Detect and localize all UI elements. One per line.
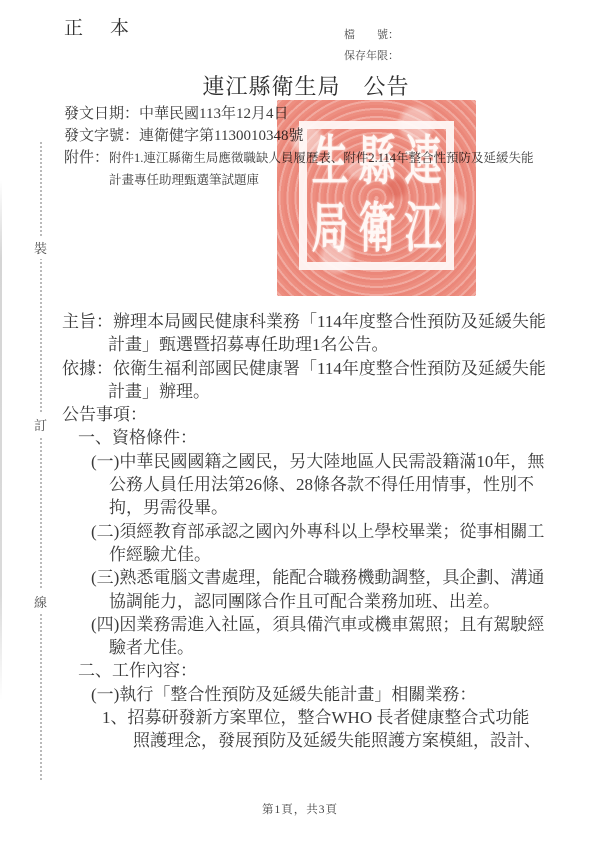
body-text-line: 作經驗尤佳。: [62, 543, 564, 566]
retention-period-label: 保存年限：: [344, 46, 399, 67]
body-text-line: 公告事項：: [62, 403, 564, 426]
seal-character: 連: [404, 135, 441, 189]
binding-mark-character: 訂: [33, 413, 48, 436]
seal-character: 局: [312, 202, 349, 256]
copy-type-label: 正 本: [64, 13, 133, 40]
body-text-line: (一)執行「整合性預防及延緩失能計畫」相關業務：: [62, 683, 564, 706]
body-text-line: 主旨：辦理本局國民健康科業務「114年度整合性預防及延緩失能: [62, 310, 564, 333]
meta-label: 附件：: [64, 147, 109, 169]
body-text-line: (三)熟悉電腦文書處理，能配合職務機動調整，具企劃、溝通: [62, 566, 564, 589]
seal-character: 生: [312, 135, 349, 189]
seal-inner-frame: 連 江 縣 衛 生 局: [299, 121, 454, 270]
body-text-line: 計畫」辦理。: [62, 380, 564, 403]
body-text-line: (一)中華民國國籍之國民，另大陸地區人民需設籍滿10年，無: [62, 450, 564, 473]
body-text-line: 依據：依衛生福利部國民健康署「114年度整合性預防及延緩失能: [62, 357, 564, 380]
body-text-line: (二)須經教育部承認之國內外專科以上學校畢業；從事相關工: [62, 520, 564, 543]
body-text-line: 驗者尤佳。: [62, 636, 564, 659]
meta-label: 發文字號：: [64, 125, 139, 147]
scan-edge-artifact: [0, 180, 2, 700]
meta-value: 中華民國113年12月4日: [139, 103, 288, 125]
body-text-line: 照護理念，發展預防及延緩失能照護方案模組，設計、: [62, 729, 564, 752]
file-number-label: 檔 號：: [344, 25, 399, 46]
seal-character: 江: [404, 202, 441, 256]
page-number-footer: 第1頁，共3頁: [0, 801, 600, 817]
official-red-seal: 連 江 縣 衛 生 局: [277, 100, 476, 296]
body-text-line: 一、資格條件：: [62, 426, 564, 449]
seal-character: 衛: [358, 202, 395, 256]
binding-mark-character: 線: [33, 590, 48, 613]
file-number-block: 檔 號： 保存年限：: [344, 25, 399, 67]
body-text-line: 拘，男需役畢。: [62, 496, 564, 519]
body-text-line: 公務人員任用法第26條、28條各款不得任用情事，性別不: [62, 473, 564, 496]
body-text-line: 協調能力，認同團隊合作且可配合業務加班、出差。: [62, 590, 564, 613]
document-title: 連江縣衛生局 公告: [0, 70, 600, 101]
body-text-line: 1、招募研發新方案單位，整合WHO 長者健康整合式功能: [62, 706, 564, 729]
body-text-line: 計畫」甄選暨招募專任助理1名公告。: [62, 333, 564, 356]
seal-character: 縣: [358, 135, 395, 189]
meta-label: 發文日期：: [64, 103, 139, 125]
binding-mark-character: 裝: [33, 236, 48, 259]
announcement-document-page: 正 本 檔 號： 保存年限： 連江縣衛生局 公告 發文日期： 中華民國113年1…: [0, 0, 600, 848]
body-text-line: 二、工作內容：: [62, 659, 564, 682]
body-text-line: (四)因業務需進入社區，須具備汽車或機車駕照；且有駕駛經: [62, 613, 564, 636]
announcement-body: 主旨：辦理本局國民健康科業務「114年度整合性預防及延緩失能 計畫」甄選暨招募專…: [62, 310, 564, 753]
